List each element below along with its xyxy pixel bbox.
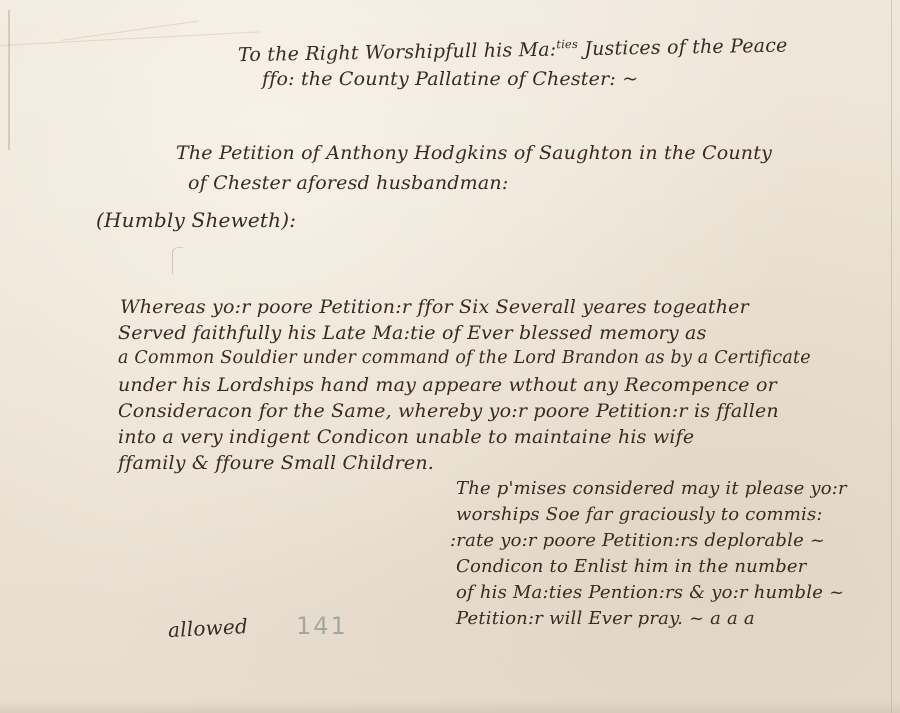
petition-title-line-1: The Petition of Anthony Hodgkins of Saug… [176, 142, 772, 164]
address-text-end: Justices of the Peace [584, 35, 788, 61]
body-line: ffamily & ffoure Small Children. [118, 452, 434, 474]
prayer-line: :rate yo:r poore Petition:rs deplorable … [450, 530, 825, 551]
body-line: Served faithfully his Late Ma:tie of Eve… [118, 322, 707, 344]
prayer-line: The p'mises considered may it please yo:… [456, 478, 847, 499]
address-superscript: ties [556, 37, 578, 51]
prayer-line: worships Soe far graciously to commis: [456, 504, 823, 525]
folio-number: 141 [296, 612, 348, 640]
endorsement: allowed [167, 614, 248, 642]
address-line-2: ffo: the County Pallatine of Chester: ~ [262, 68, 638, 90]
prayer-line: of his Ma:ties Pention:rs & yo:r humble … [456, 582, 844, 603]
manuscript-page: To the Right Worshipfull his Ma:ties Jus… [0, 0, 900, 713]
prayer-line: Condicon to Enlist him in the number [456, 556, 807, 577]
body-line: under his Lordships hand may appeare wth… [118, 374, 777, 396]
body-line: a Common Souldier under command of the L… [118, 348, 811, 368]
paper-edge [8, 10, 10, 150]
prayer-line: Petition:r will Ever pray. ~ a a a [456, 608, 755, 629]
salutation: (Humbly Sheweth): [96, 208, 296, 232]
body-line: Whereas yo:r poore Petition:r ffor Six S… [120, 296, 749, 318]
address-text: To the Right Worshipfull his Ma: [238, 39, 557, 67]
petition-title-line-2: of Chester aforesd husbandman: [188, 172, 508, 194]
address-line-1: To the Right Worshipfull his Ma:ties Jus… [238, 33, 788, 66]
paper-edge [891, 0, 892, 713]
paper-crease [0, 31, 260, 46]
paper-edge [0, 701, 900, 713]
body-line: Consideracon for the Same, whereby yo:r … [118, 400, 779, 422]
body-line: into a very indigent Condicon unable to … [118, 426, 694, 448]
faint-ink-mark [172, 247, 183, 274]
